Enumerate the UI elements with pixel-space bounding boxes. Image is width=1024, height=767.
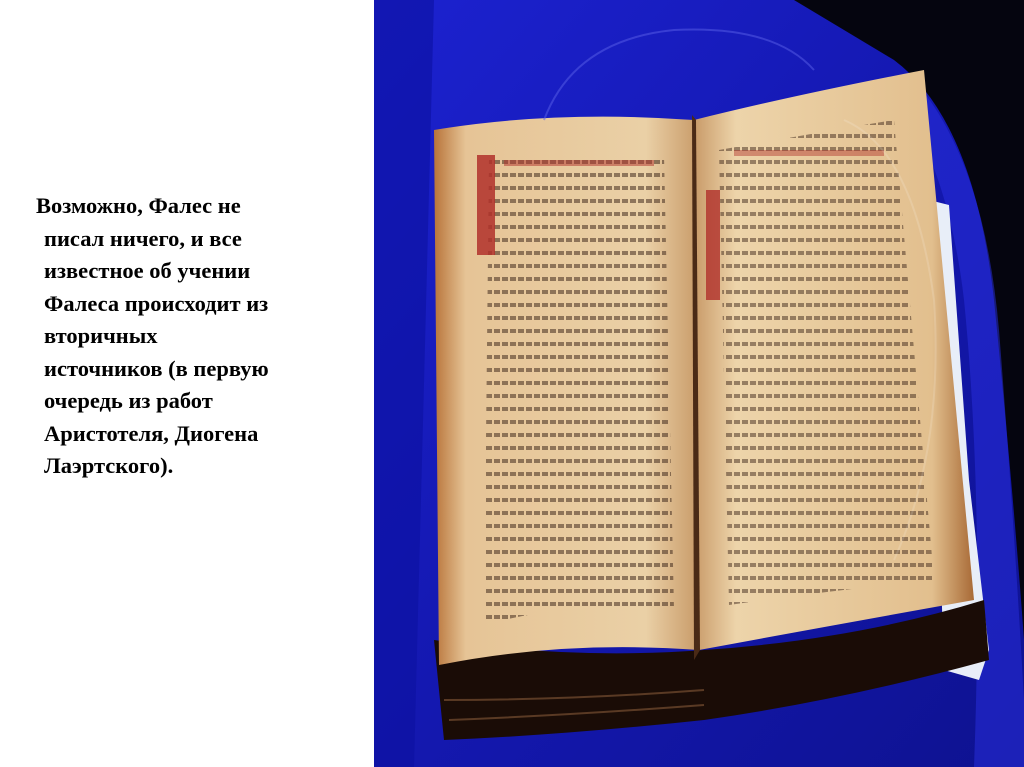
text-line-7: очередь из работ — [36, 385, 356, 418]
text-line-6: источников (в первую — [36, 353, 356, 386]
text-line-2: писал ничего, и все — [36, 223, 356, 256]
manuscript-photo — [374, 0, 1024, 767]
slide: Возможно, Фалес не писал ничего, и все и… — [0, 0, 1024, 767]
text-line-3: известное об учении — [36, 255, 356, 288]
manuscript-illustration — [374, 0, 1024, 767]
text-line-5: вторичных — [36, 320, 356, 353]
text-line-4: Фалеса происходит из — [36, 288, 356, 321]
text-line-8: Аристотеля, Диогена — [36, 418, 356, 451]
slide-body-text: Возможно, Фалес не писал ничего, и все и… — [36, 190, 356, 483]
text-line-9: Лаэртского). — [36, 450, 356, 483]
text-line-1: Возможно, Фалес не — [36, 190, 356, 223]
